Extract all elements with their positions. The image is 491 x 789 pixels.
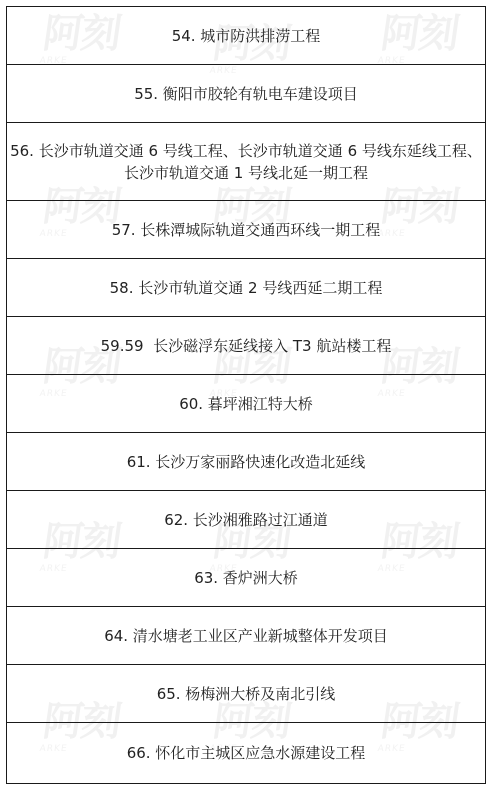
project-item-62: 62. 长沙湘雅路过江通道 <box>7 491 486 549</box>
table-row: 59.59 长沙磁浮东延线接入 T3 航站楼工程 <box>7 317 486 375</box>
project-list-table: 54. 城市防洪排涝工程 55. 衡阳市胶轮有轨电车建设项目 56. 长沙市轨道… <box>6 6 486 784</box>
project-item-65: 65. 杨梅洲大桥及南北引线 <box>7 665 486 723</box>
table-row: 57. 长株潭城际轨道交通西环线一期工程 <box>7 201 486 259</box>
project-item-61: 61. 长沙万家丽路快速化改造北延线 <box>7 433 486 491</box>
table-row: 65. 杨梅洲大桥及南北引线 <box>7 665 486 723</box>
project-item-58: 58. 长沙市轨道交通 2 号线西延二期工程 <box>7 259 486 317</box>
table-row: 56. 长沙市轨道交通 6 号线工程、长沙市轨道交通 6 号线东延线工程、长沙市… <box>7 123 486 201</box>
project-item-60: 60. 暮坪湘江特大桥 <box>7 375 486 433</box>
table-row: 54. 城市防洪排涝工程 <box>7 7 486 65</box>
project-item-59: 59.59 长沙磁浮东延线接入 T3 航站楼工程 <box>7 317 486 375</box>
table-row: 64. 清水塘老工业区产业新城整体开发项目 <box>7 607 486 665</box>
project-item-55: 55. 衡阳市胶轮有轨电车建设项目 <box>7 65 486 123</box>
table-row: 61. 长沙万家丽路快速化改造北延线 <box>7 433 486 491</box>
project-item-54: 54. 城市防洪排涝工程 <box>7 7 486 65</box>
table-row: 66. 怀化市主城区应急水源建设工程 <box>7 723 486 784</box>
project-item-57: 57. 长株潭城际轨道交通西环线一期工程 <box>7 201 486 259</box>
project-item-56: 56. 长沙市轨道交通 6 号线工程、长沙市轨道交通 6 号线东延线工程、长沙市… <box>7 123 486 201</box>
project-item-64: 64. 清水塘老工业区产业新城整体开发项目 <box>7 607 486 665</box>
project-item-66: 66. 怀化市主城区应急水源建设工程 <box>7 723 486 784</box>
table-row: 55. 衡阳市胶轮有轨电车建设项目 <box>7 65 486 123</box>
table-row: 58. 长沙市轨道交通 2 号线西延二期工程 <box>7 259 486 317</box>
project-item-63: 63. 香炉洲大桥 <box>7 549 486 607</box>
table-row: 63. 香炉洲大桥 <box>7 549 486 607</box>
table-row: 60. 暮坪湘江特大桥 <box>7 375 486 433</box>
table-row: 62. 长沙湘雅路过江通道 <box>7 491 486 549</box>
